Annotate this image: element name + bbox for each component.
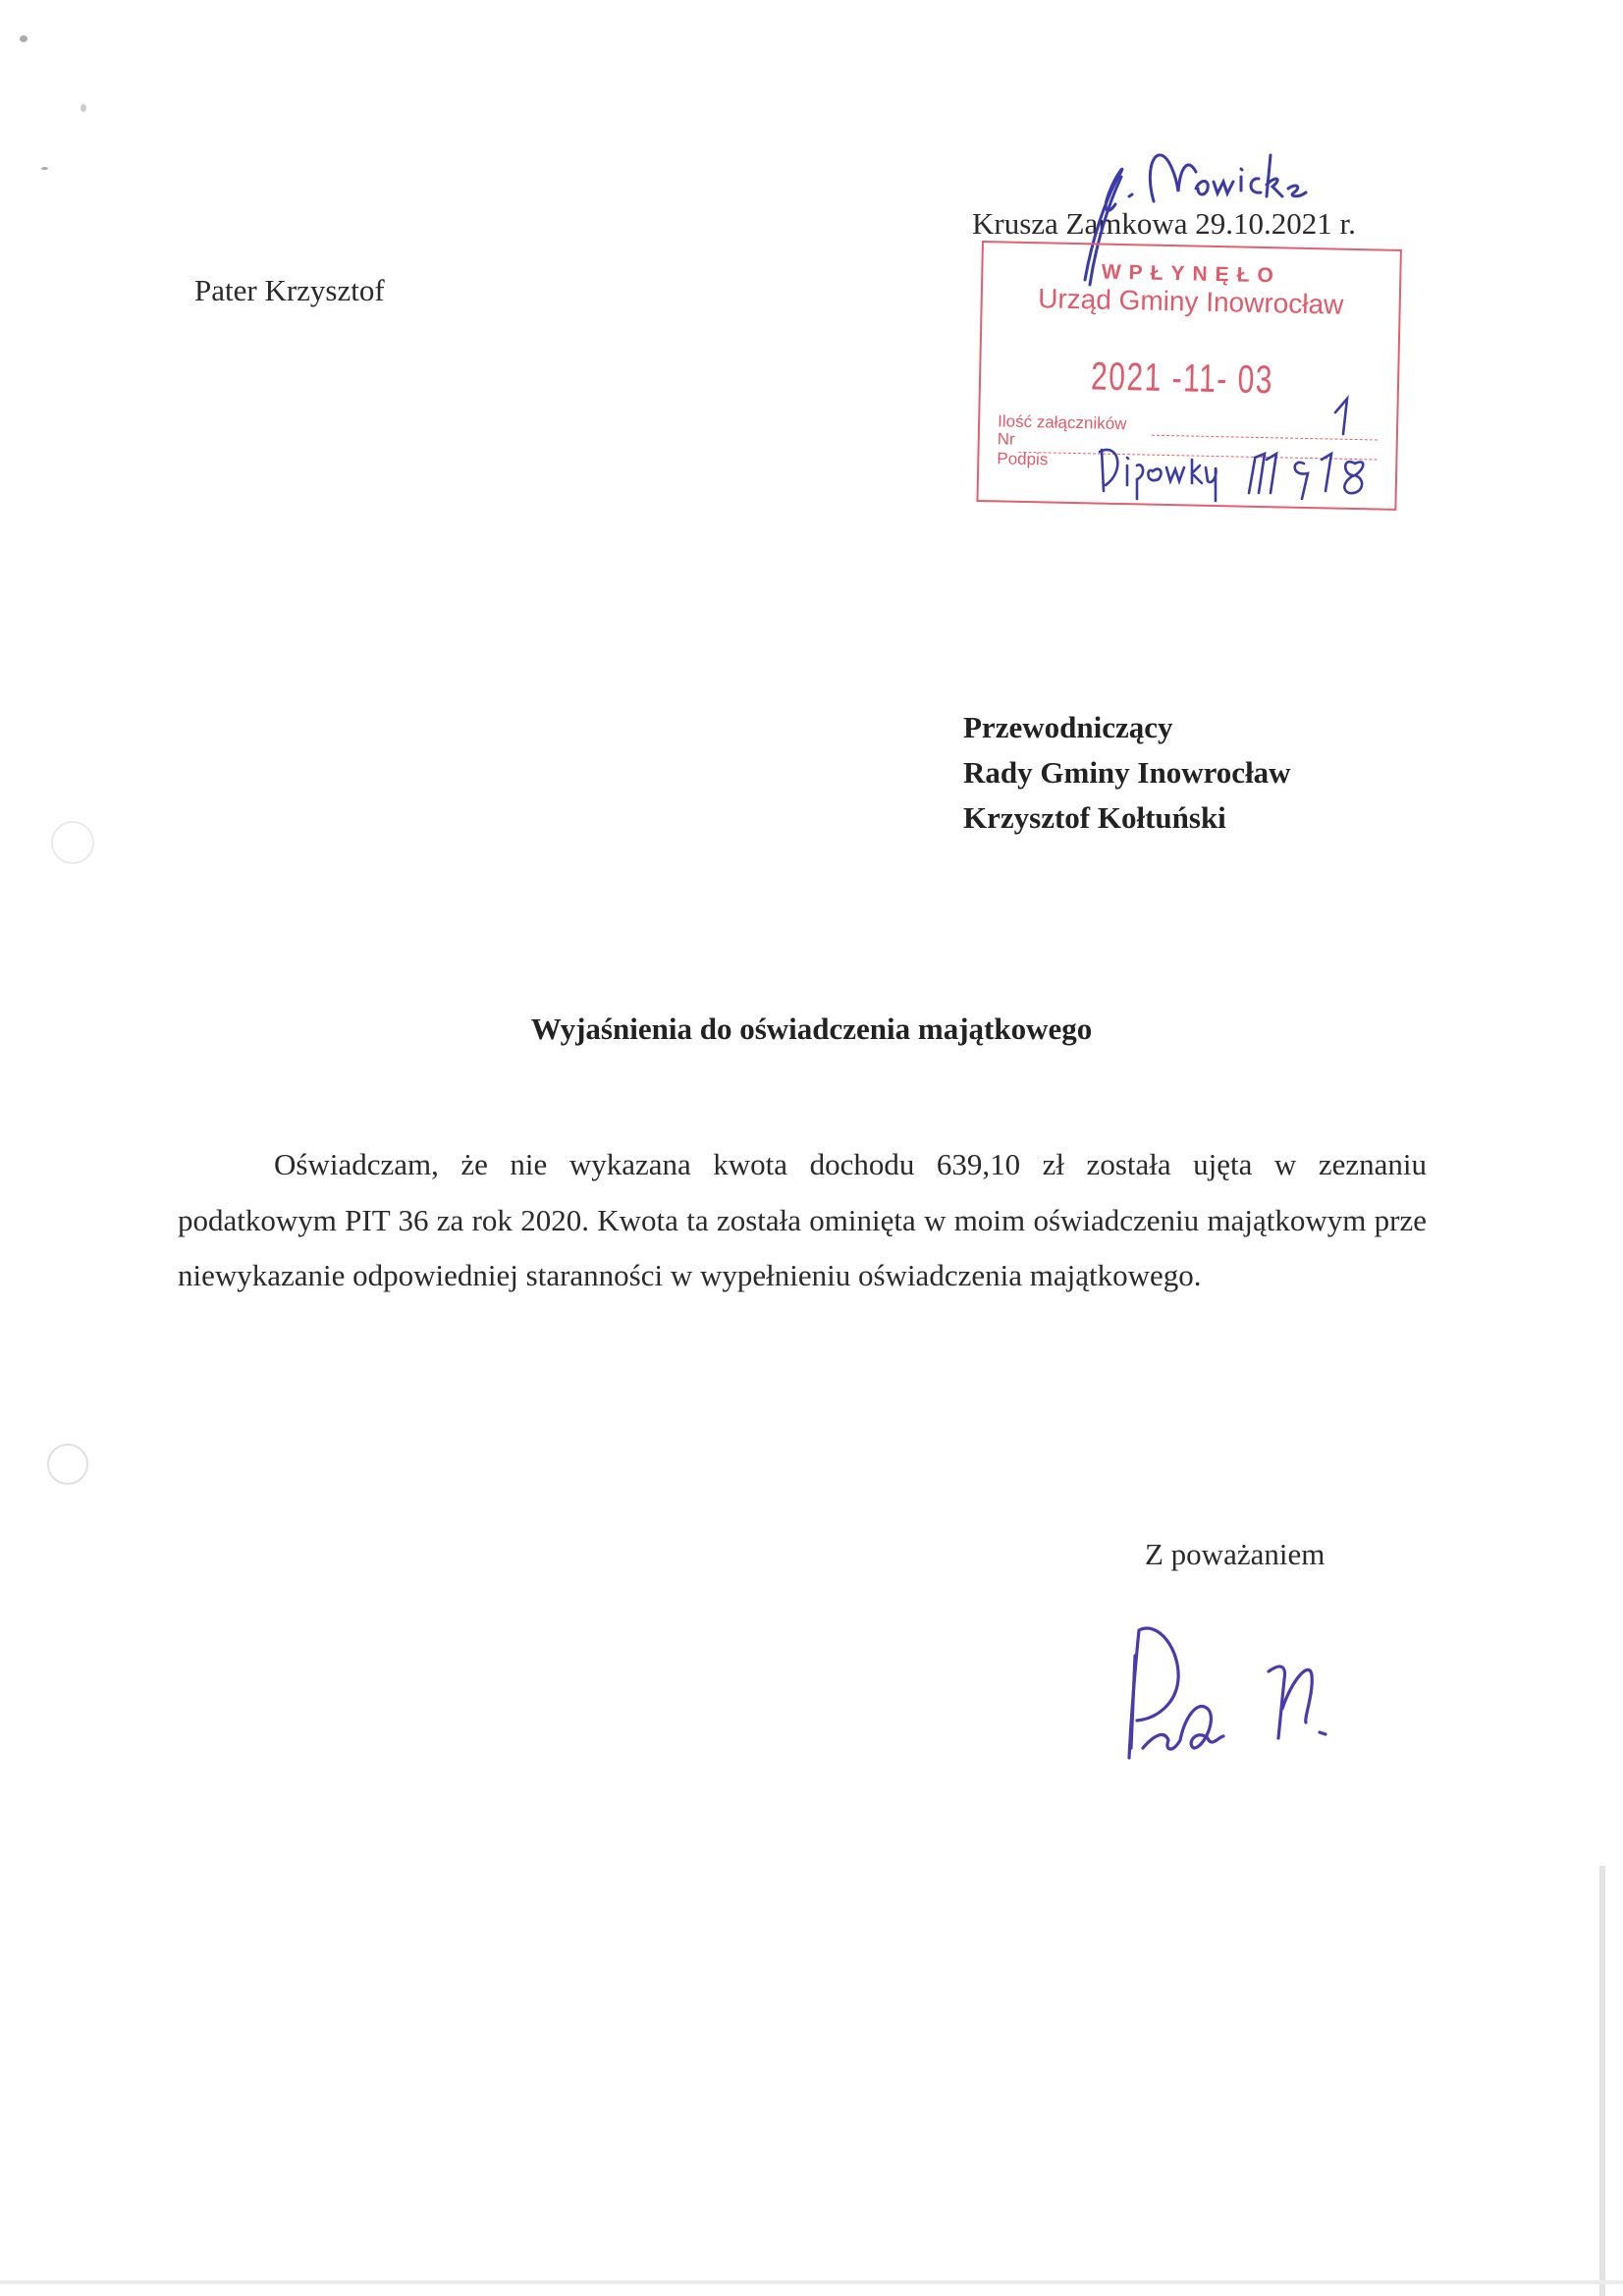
stamp-handwritten-values [1090,383,1414,511]
scan-edge-right [1599,1866,1605,2296]
addressee-line-1: Przewodniczący [963,705,1291,750]
addressee-block: Przewodniczący Rady Gminy Inowrocław Krz… [963,705,1291,841]
body-paragraph: Oświadczam, że nie wykazana kwota dochod… [178,1137,1427,1304]
closing-phrase: Z poważaniem [1145,1537,1325,1572]
sender-name: Pater Krzysztof [194,273,385,308]
document-title: Wyjaśnienia do oświadczenia majątkowego [0,1011,1623,1047]
stamp-signature-label: Podpis [997,449,1048,469]
addressee-line-2: Rady Gminy Inowrocław [963,750,1291,795]
scan-speck [20,35,27,42]
scan-speck [81,104,86,112]
stamp-number-label: Nr [998,429,1015,449]
scan-speck [41,167,48,170]
scan-edge-bottom [0,2280,1623,2284]
signature [1109,1611,1394,1768]
punch-hole-top [51,821,94,864]
addressee-line-3: Krzysztof Kołtuński [963,795,1291,841]
punch-hole-bottom [47,1444,88,1485]
